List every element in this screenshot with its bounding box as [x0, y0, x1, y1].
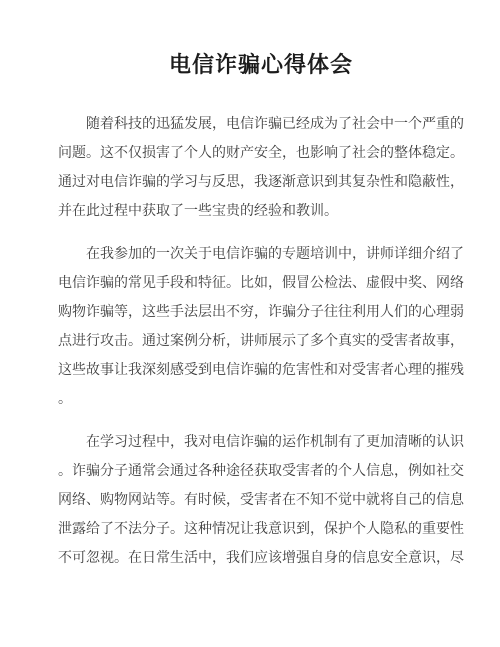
- text-line: 随着科技的迅猛发展，电信诈骗已经成为了社会中一个严重的: [58, 110, 464, 139]
- text-line: 这些故事让我深刻感受到电信诈骗的危害性和对受害者心理的摧残: [58, 356, 464, 385]
- text-line: 问题。这不仅损害了个人的财产安全，也影响了社会的整体稳定。: [58, 139, 464, 168]
- paragraph-3: 在学习过程中，我对电信诈骗的运作机制有了更加清晰的认识 。诈骗分子通常会通过各种…: [58, 428, 464, 573]
- text-line: 。诈骗分子通常会通过各种途径获取受害者的个人信息，例如社交: [58, 457, 464, 486]
- paragraph-1: 随着科技的迅猛发展，电信诈骗已经成为了社会中一个严重的 问题。这不仅损害了个人的…: [58, 110, 464, 226]
- text-line: 在我参加的一次关于电信诈骗的专题培训中，讲师详细介绍了: [58, 240, 464, 269]
- document-title: 电信诈骗心得体会: [58, 50, 464, 80]
- text-line: 通过对电信诈骗的学习与反思，我逐渐意识到其复杂性和隐蔽性，: [58, 168, 464, 197]
- paragraph-2: 在我参加的一次关于电信诈骗的专题培训中，讲师详细介绍了 电信诈骗的常见手段和特征…: [58, 240, 464, 414]
- text-line: 在学习过程中，我对电信诈骗的运作机制有了更加清晰的认识: [58, 428, 464, 457]
- text-line: 不可忽视。在日常生活中，我们应该增强自身的信息安全意识，尽: [58, 544, 464, 573]
- text-line: 购物诈骗等，这些手法层出不穷，诈骗分子往往利用人们的心理弱: [58, 298, 464, 327]
- text-line: 并在此过程中获取了一些宝贵的经验和教训。: [58, 197, 464, 226]
- document-page: 电信诈骗心得体会 随着科技的迅猛发展，电信诈骗已经成为了社会中一个严重的 问题。…: [0, 0, 500, 647]
- text-line: 泄露给了不法分子。这种情况让我意识到，保护个人隐私的重要性: [58, 515, 464, 544]
- text-line: 网络、购物网站等。有时候，受害者在不知不觉中就将自己的信息: [58, 486, 464, 515]
- document-content: 电信诈骗心得体会 随着科技的迅猛发展，电信诈骗已经成为了社会中一个严重的 问题。…: [0, 0, 500, 573]
- text-line: 点进行攻击。通过案例分析，讲师展示了多个真实的受害者故事，: [58, 327, 464, 356]
- text-line: 。: [58, 385, 464, 414]
- text-line: 电信诈骗的常见手段和特征。比如，假冒公检法、虚假中奖、网络: [58, 269, 464, 298]
